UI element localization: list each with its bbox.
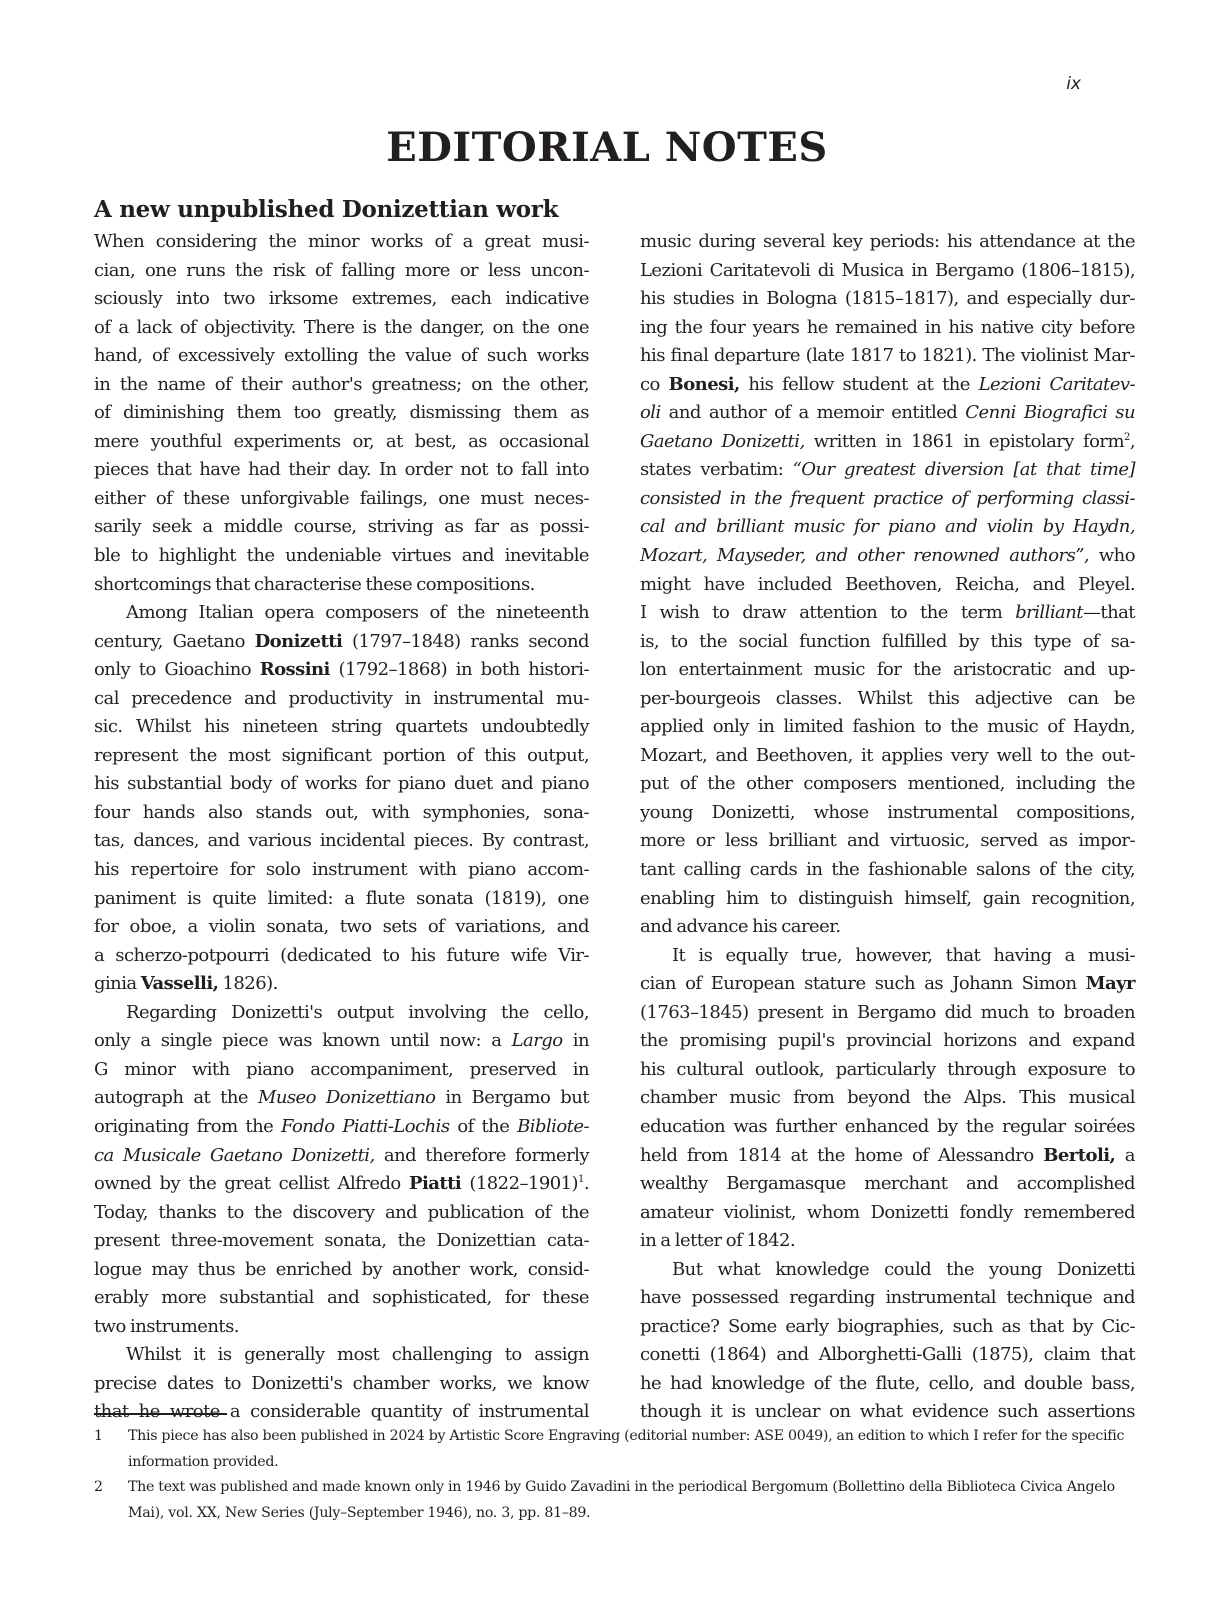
text-segment: in bbox=[563, 1030, 589, 1051]
text-line: autograph at the Museo Donizettiano in B… bbox=[94, 1084, 589, 1113]
text-segment: shortcomings that characterise these com… bbox=[94, 574, 535, 595]
text-line: only to Gioachino Rossini (1792–1868) in… bbox=[94, 656, 589, 685]
text-line: Mozart, and Beethoven, it applies very w… bbox=[640, 742, 1135, 771]
text-segment: though it is unclear on what evidence su… bbox=[640, 1401, 1135, 1422]
text-line: only a single piece was known until now:… bbox=[94, 1027, 589, 1056]
text-segment: of a lack of objectivity. There is the d… bbox=[94, 317, 589, 338]
text-segment: Piatti bbox=[409, 1173, 461, 1194]
text-line: put of the other composers mentioned, in… bbox=[640, 770, 1135, 799]
text-line: music during several key periods: his at… bbox=[640, 228, 1135, 257]
text-segment: education was further enhanced by the re… bbox=[640, 1116, 1135, 1137]
text-line: his studies in Bologna (1815–1817), and … bbox=[640, 285, 1135, 314]
text-segment: Largo bbox=[512, 1030, 563, 1051]
text-line: more or less brilliant and virtuosic, se… bbox=[640, 827, 1135, 856]
text-line: precise dates to Donizetti's chamber wor… bbox=[94, 1370, 589, 1399]
text-segment: and advance his career. bbox=[640, 916, 841, 937]
text-segment: a scherzo-potpourri (dedicated to his fu… bbox=[94, 945, 589, 966]
text-line: cal and brilliant music for piano and vi… bbox=[640, 513, 1135, 542]
text-line: conetti (1864) and Alborghetti-Galli (18… bbox=[640, 1341, 1135, 1370]
text-line: and advance his career. bbox=[640, 913, 1135, 942]
section-heading: A new unpublished Donizettian work bbox=[94, 196, 558, 223]
text-segment: owned by the great cellist Alfredo bbox=[94, 1173, 409, 1194]
text-segment: of the bbox=[450, 1116, 518, 1137]
text-segment: a bbox=[1115, 1145, 1135, 1166]
text-segment: paniment is quite limited: a flute sonat… bbox=[94, 888, 589, 909]
text-segment: pieces that have had their day. In order… bbox=[94, 459, 589, 480]
text-line: though it is unclear on what evidence su… bbox=[640, 1398, 1135, 1427]
text-line: in a letter of 1842. bbox=[640, 1227, 1135, 1256]
text-line: cian, one runs the risk of falling more … bbox=[94, 257, 589, 286]
text-segment: in Bergamo but bbox=[435, 1087, 589, 1108]
text-segment: have possessed regarding instrumental te… bbox=[640, 1287, 1135, 1308]
text-line: enabling him to distinguish himself, gai… bbox=[640, 885, 1135, 914]
text-segment: only a single piece was known until now:… bbox=[94, 1030, 512, 1051]
text-segment: his cultural outlook, particularly throu… bbox=[640, 1059, 1135, 1080]
text-segment: Bonesi, bbox=[669, 374, 740, 395]
text-segment: in a letter of 1842. bbox=[640, 1230, 795, 1251]
footnote-number: 2 bbox=[94, 1475, 128, 1526]
text-segment: consisted in the frequent practice of pe… bbox=[640, 488, 1135, 509]
text-line: a scherzo-potpourri (dedicated to his fu… bbox=[94, 942, 589, 971]
text-line: ble to highlight the undeniable virtues … bbox=[94, 542, 589, 571]
text-segment: “Our greatest diversion [at that time] bbox=[793, 459, 1135, 480]
text-line: sarily seek a middle course, striving as… bbox=[94, 513, 589, 542]
text-line: owned by the great cellist Alfredo Piatt… bbox=[94, 1170, 589, 1199]
text-segment: enabling him to distinguish himself, gai… bbox=[640, 888, 1135, 909]
text-segment: his studies in Bologna (1815–1817), and … bbox=[640, 288, 1135, 309]
text-line: paniment is quite limited: a flute sonat… bbox=[94, 885, 589, 914]
text-segment: states verbatim: bbox=[640, 459, 793, 480]
text-line: his repertoire for solo instrument with … bbox=[94, 856, 589, 885]
text-segment: Among Italian opera composers of the nin… bbox=[126, 602, 589, 623]
text-line: he had knowledge of the flute, cello, an… bbox=[640, 1370, 1135, 1399]
text-line: Mozart, Mayseder, and other renowned aut… bbox=[640, 542, 1135, 571]
text-line: represent the most significant portion o… bbox=[94, 742, 589, 771]
text-line: sic. Whilst his nineteen string quartets… bbox=[94, 713, 589, 742]
text-segment: music during several key periods: his at… bbox=[640, 231, 1135, 252]
text-line: cal precedence and productivity in instr… bbox=[94, 685, 589, 714]
text-segment: applied only in limited fashion to the m… bbox=[640, 716, 1135, 737]
footnote-rule bbox=[94, 1413, 227, 1415]
text-line: Today, thanks to the discovery and publi… bbox=[94, 1199, 589, 1228]
footnote: 1 This piece has also been published in … bbox=[94, 1424, 1134, 1475]
text-segment: of diminishing them too greatly, dismiss… bbox=[94, 402, 589, 423]
text-line: present three-movement sonata, the Doniz… bbox=[94, 1227, 589, 1256]
text-segment: Today, thanks to the discovery and publi… bbox=[94, 1202, 589, 1223]
text-segment: and therefore formerly bbox=[375, 1145, 589, 1166]
text-segment: per-bourgeois classes. Whilst this adjec… bbox=[640, 688, 1135, 709]
text-line: is, to the social function fulfilled by … bbox=[640, 628, 1135, 657]
text-line: held from 1814 at the home of Alessandro… bbox=[640, 1142, 1135, 1171]
text-line: pieces that have had their day. In order… bbox=[94, 456, 589, 485]
text-line: tas, dances, and various incidental piec… bbox=[94, 827, 589, 856]
text-segment: written in 1861 in epistolary form bbox=[805, 431, 1124, 452]
text-segment: Mayr bbox=[1086, 973, 1135, 994]
text-segment: the promising pupil's provincial horizon… bbox=[640, 1030, 1135, 1051]
text-segment: is, to the social function fulfilled by … bbox=[640, 631, 1135, 652]
text-line: Among Italian opera composers of the nin… bbox=[94, 599, 589, 628]
text-segment: precise dates to Donizetti's chamber wor… bbox=[94, 1373, 589, 1394]
footnotes: 1 This piece has also been published in … bbox=[94, 1424, 1134, 1526]
text-segment: cian of European stature such as Johann … bbox=[640, 973, 1086, 994]
text-segment: lon entertainment music for the aristocr… bbox=[640, 659, 1135, 680]
text-line: co Bonesi, his fellow student at the Lez… bbox=[640, 371, 1135, 400]
text-segment: Bibliote- bbox=[517, 1116, 589, 1137]
text-line: the promising pupil's provincial horizon… bbox=[640, 1027, 1135, 1056]
text-segment: (1822–1901) bbox=[461, 1173, 578, 1194]
text-segment: sciously into two irksome extremes, each… bbox=[94, 288, 589, 309]
text-line: his substantial body of works for piano … bbox=[94, 770, 589, 799]
text-segment: Rossini bbox=[260, 659, 330, 680]
footnote-number: 1 bbox=[94, 1424, 128, 1475]
text-segment: chamber music from beyond the Alps. This… bbox=[640, 1087, 1135, 1108]
text-segment: four hands also stands out, with symphon… bbox=[94, 802, 589, 823]
footnote-text: This piece has also been published in 20… bbox=[128, 1424, 1134, 1475]
text-segment: ble to highlight the undeniable virtues … bbox=[94, 545, 589, 566]
text-line: mere youthful experiments or, at best, a… bbox=[94, 428, 589, 457]
text-line: Whilst it is generally most challenging … bbox=[94, 1341, 589, 1370]
text-segment: his final departure (late 1817 to 1821).… bbox=[640, 345, 1135, 366]
text-segment: Museo Donizettiano bbox=[258, 1087, 435, 1108]
text-segment: When considering the minor works of a gr… bbox=[94, 231, 589, 252]
text-line: of a lack of objectivity. There is the d… bbox=[94, 314, 589, 343]
text-segment: wealthy Bergamasque merchant and accompl… bbox=[640, 1173, 1135, 1194]
footnote: 2 The text was published and made known … bbox=[94, 1475, 1134, 1526]
text-line: four hands also stands out, with symphon… bbox=[94, 799, 589, 828]
text-line: for oboe, a violin sonata, two sets of v… bbox=[94, 913, 589, 942]
text-segment: he had knowledge of the flute, cello, an… bbox=[640, 1373, 1135, 1394]
text-line: Regarding Donizetti's output involving t… bbox=[94, 999, 589, 1028]
text-segment: Whilst it is generally most challenging … bbox=[126, 1344, 589, 1365]
text-line: ing the four years he remained in his na… bbox=[640, 314, 1135, 343]
text-segment: But what knowledge could the young Doniz… bbox=[672, 1259, 1135, 1280]
text-segment: Fondo Piatti-Lochis bbox=[281, 1116, 450, 1137]
text-segment: mere youthful experiments or, at best, a… bbox=[94, 431, 589, 452]
text-segment: ginia bbox=[94, 973, 141, 994]
text-segment: cal and brilliant music for piano and vi… bbox=[640, 516, 1135, 537]
text-line: might have included Beethoven, Reicha, a… bbox=[640, 571, 1135, 600]
text-line: young Donizetti, whose instrumental comp… bbox=[640, 799, 1135, 828]
text-segment: (1792–1868) in both histori- bbox=[330, 659, 589, 680]
text-segment: century, Gaetano bbox=[94, 631, 255, 652]
text-line: states verbatim: “Our greatest diversion… bbox=[640, 456, 1135, 485]
text-segment: present three-movement sonata, the Doniz… bbox=[94, 1230, 589, 1251]
text-segment: either of these unforgivable failings, o… bbox=[94, 488, 589, 509]
text-line: have possessed regarding instrumental te… bbox=[640, 1284, 1135, 1313]
text-segment: tant calling cards in the fashionable sa… bbox=[640, 859, 1135, 880]
text-segment: brilliant bbox=[1015, 602, 1083, 623]
text-line: of diminishing them too greatly, dismiss… bbox=[94, 399, 589, 428]
text-segment: originating from the bbox=[94, 1116, 281, 1137]
text-segment: Mozart, Mayseder, and other renowned aut… bbox=[640, 545, 1089, 566]
text-line: But what knowledge could the young Doniz… bbox=[640, 1256, 1135, 1285]
text-segment: cian, one runs the risk of falling more … bbox=[94, 260, 589, 281]
text-segment: ing the four years he remained in his na… bbox=[640, 317, 1135, 338]
text-segment: amateur violinist, whom Donizetti fondly… bbox=[640, 1202, 1135, 1223]
text-segment: held from 1814 at the home of Alessandro bbox=[640, 1145, 1043, 1166]
text-line: originating from the Fondo Piatti-Lochis… bbox=[94, 1113, 589, 1142]
text-segment: Vasselli, bbox=[141, 973, 219, 994]
text-line: consisted in the frequent practice of pe… bbox=[640, 485, 1135, 514]
text-line: applied only in limited fashion to the m… bbox=[640, 713, 1135, 742]
text-line: wealthy Bergamasque merchant and accompl… bbox=[640, 1170, 1135, 1199]
footnote-text: The text was published and made known on… bbox=[128, 1475, 1134, 1526]
text-line: logue may thus be enriched by another wo… bbox=[94, 1256, 589, 1285]
text-segment: his substantial body of works for piano … bbox=[94, 773, 589, 794]
text-segment: , bbox=[1130, 431, 1135, 452]
text-line: education was further enhanced by the re… bbox=[640, 1113, 1135, 1142]
text-segment: Lezioni Caritatevoli di Musica in Bergam… bbox=[640, 260, 1135, 281]
text-line: either of these unforgivable failings, o… bbox=[94, 485, 589, 514]
text-segment: practice? Some early biographies, such a… bbox=[640, 1316, 1135, 1337]
text-line: in the name of their author's greatness;… bbox=[94, 371, 589, 400]
text-segment: who bbox=[1089, 545, 1135, 566]
text-line: century, Gaetano Donizetti (1797–1848) r… bbox=[94, 628, 589, 657]
text-line: Gaetano Donizetti, written in 1861 in ep… bbox=[640, 428, 1135, 457]
text-line: practice? Some early biographies, such a… bbox=[640, 1313, 1135, 1342]
text-segment: his repertoire for solo instrument with … bbox=[94, 859, 589, 880]
text-line: ginia Vasselli, 1826). bbox=[94, 970, 589, 999]
text-segment: hand, of excessively extolling the value… bbox=[94, 345, 589, 366]
text-line: oli and author of a memoir entitled Cenn… bbox=[640, 399, 1135, 428]
text-segment: young Donizetti, whose instrumental comp… bbox=[640, 802, 1135, 823]
text-line: chamber music from beyond the Alps. This… bbox=[640, 1084, 1135, 1113]
text-segment: co bbox=[640, 374, 669, 395]
text-segment: ca Musicale Gaetano Donizetti, bbox=[94, 1145, 375, 1166]
text-line: tant calling cards in the fashionable sa… bbox=[640, 856, 1135, 885]
text-line: his cultural outlook, particularly throu… bbox=[640, 1056, 1135, 1085]
text-segment: oli bbox=[640, 402, 661, 423]
text-segment: Bertoli, bbox=[1043, 1145, 1115, 1166]
text-segment: might have included Beethoven, Reicha, a… bbox=[640, 574, 1135, 595]
text-segment: I wish to draw attention to the term bbox=[640, 602, 1015, 623]
text-segment: Mozart, and Beethoven, it applies very w… bbox=[640, 745, 1135, 766]
page-number: ix bbox=[1066, 74, 1081, 94]
text-segment: for oboe, a violin sonata, two sets of v… bbox=[94, 916, 589, 937]
text-line: (1763–1845) present in Bergamo did much … bbox=[640, 999, 1135, 1028]
text-line: two instruments. bbox=[94, 1313, 589, 1342]
text-segment: two instruments. bbox=[94, 1316, 239, 1337]
text-segment: Gaetano Donizetti, bbox=[640, 431, 805, 452]
text-segment: Cenni Biografici su bbox=[965, 402, 1135, 423]
text-segment: put of the other composers mentioned, in… bbox=[640, 773, 1135, 794]
text-line: ca Musicale Gaetano Donizetti, and there… bbox=[94, 1142, 589, 1171]
left-column: When considering the minor works of a gr… bbox=[94, 228, 589, 1427]
right-column: music during several key periods: his at… bbox=[640, 228, 1135, 1427]
text-line: hand, of excessively extolling the value… bbox=[94, 342, 589, 371]
text-segment: autograph at the bbox=[94, 1087, 258, 1108]
text-segment: and author of a memoir entitled bbox=[661, 402, 966, 423]
text-segment: represent the most significant portion o… bbox=[94, 745, 589, 766]
text-segment: Lezioni Caritatev- bbox=[979, 374, 1135, 395]
text-segment: logue may thus be enriched by another wo… bbox=[94, 1259, 589, 1280]
text-segment: Donizetti bbox=[255, 631, 343, 652]
text-line: G minor with piano accompaniment, preser… bbox=[94, 1056, 589, 1085]
text-segment: in the name of their author's greatness;… bbox=[94, 374, 589, 395]
text-line: When considering the minor works of a gr… bbox=[94, 228, 589, 257]
text-line: his final departure (late 1817 to 1821).… bbox=[640, 342, 1135, 371]
text-segment: tas, dances, and various incidental piec… bbox=[94, 830, 589, 851]
text-segment: Regarding Donizetti's output involving t… bbox=[126, 1002, 589, 1023]
text-line: erably more substantial and sophisticate… bbox=[94, 1284, 589, 1313]
text-segment: (1797–1848) ranks second bbox=[342, 631, 589, 652]
text-line: per-bourgeois classes. Whilst this adjec… bbox=[640, 685, 1135, 714]
text-line: Lezioni Caritatevoli di Musica in Bergam… bbox=[640, 257, 1135, 286]
text-segment: . bbox=[584, 1173, 589, 1194]
text-segment: his fellow student at the bbox=[740, 374, 979, 395]
text-line: lon entertainment music for the aristocr… bbox=[640, 656, 1135, 685]
text-segment: only to Gioachino bbox=[94, 659, 260, 680]
text-segment: cal precedence and productivity in instr… bbox=[94, 688, 589, 709]
text-line: It is equally true, however, that having… bbox=[640, 942, 1135, 971]
text-line: shortcomings that characterise these com… bbox=[94, 571, 589, 600]
text-line: I wish to draw attention to the term bri… bbox=[640, 599, 1135, 628]
text-segment: conetti (1864) and Alborghetti-Galli (18… bbox=[640, 1344, 1135, 1365]
text-segment: It is equally true, however, that having… bbox=[672, 945, 1135, 966]
text-segment: (1763–1845) present in Bergamo did much … bbox=[640, 1002, 1135, 1023]
text-segment: 1826). bbox=[218, 973, 277, 994]
text-segment: more or less brilliant and virtuosic, se… bbox=[640, 830, 1135, 851]
page-title: EDITORIAL NOTES bbox=[0, 124, 1214, 171]
text-line: cian of European stature such as Johann … bbox=[640, 970, 1135, 999]
text-segment: sic. Whilst his nineteen string quartets… bbox=[94, 716, 589, 737]
text-segment: G minor with piano accompaniment, preser… bbox=[94, 1059, 589, 1080]
text-line: amateur violinist, whom Donizetti fondly… bbox=[640, 1199, 1135, 1228]
text-segment: that he wrote a considerable quantity of… bbox=[94, 1401, 589, 1422]
text-segment: —that bbox=[1083, 602, 1135, 623]
text-segment: sarily seek a middle course, striving as… bbox=[94, 516, 589, 537]
text-line: sciously into two irksome extremes, each… bbox=[94, 285, 589, 314]
text-segment: erably more substantial and sophisticate… bbox=[94, 1287, 589, 1308]
